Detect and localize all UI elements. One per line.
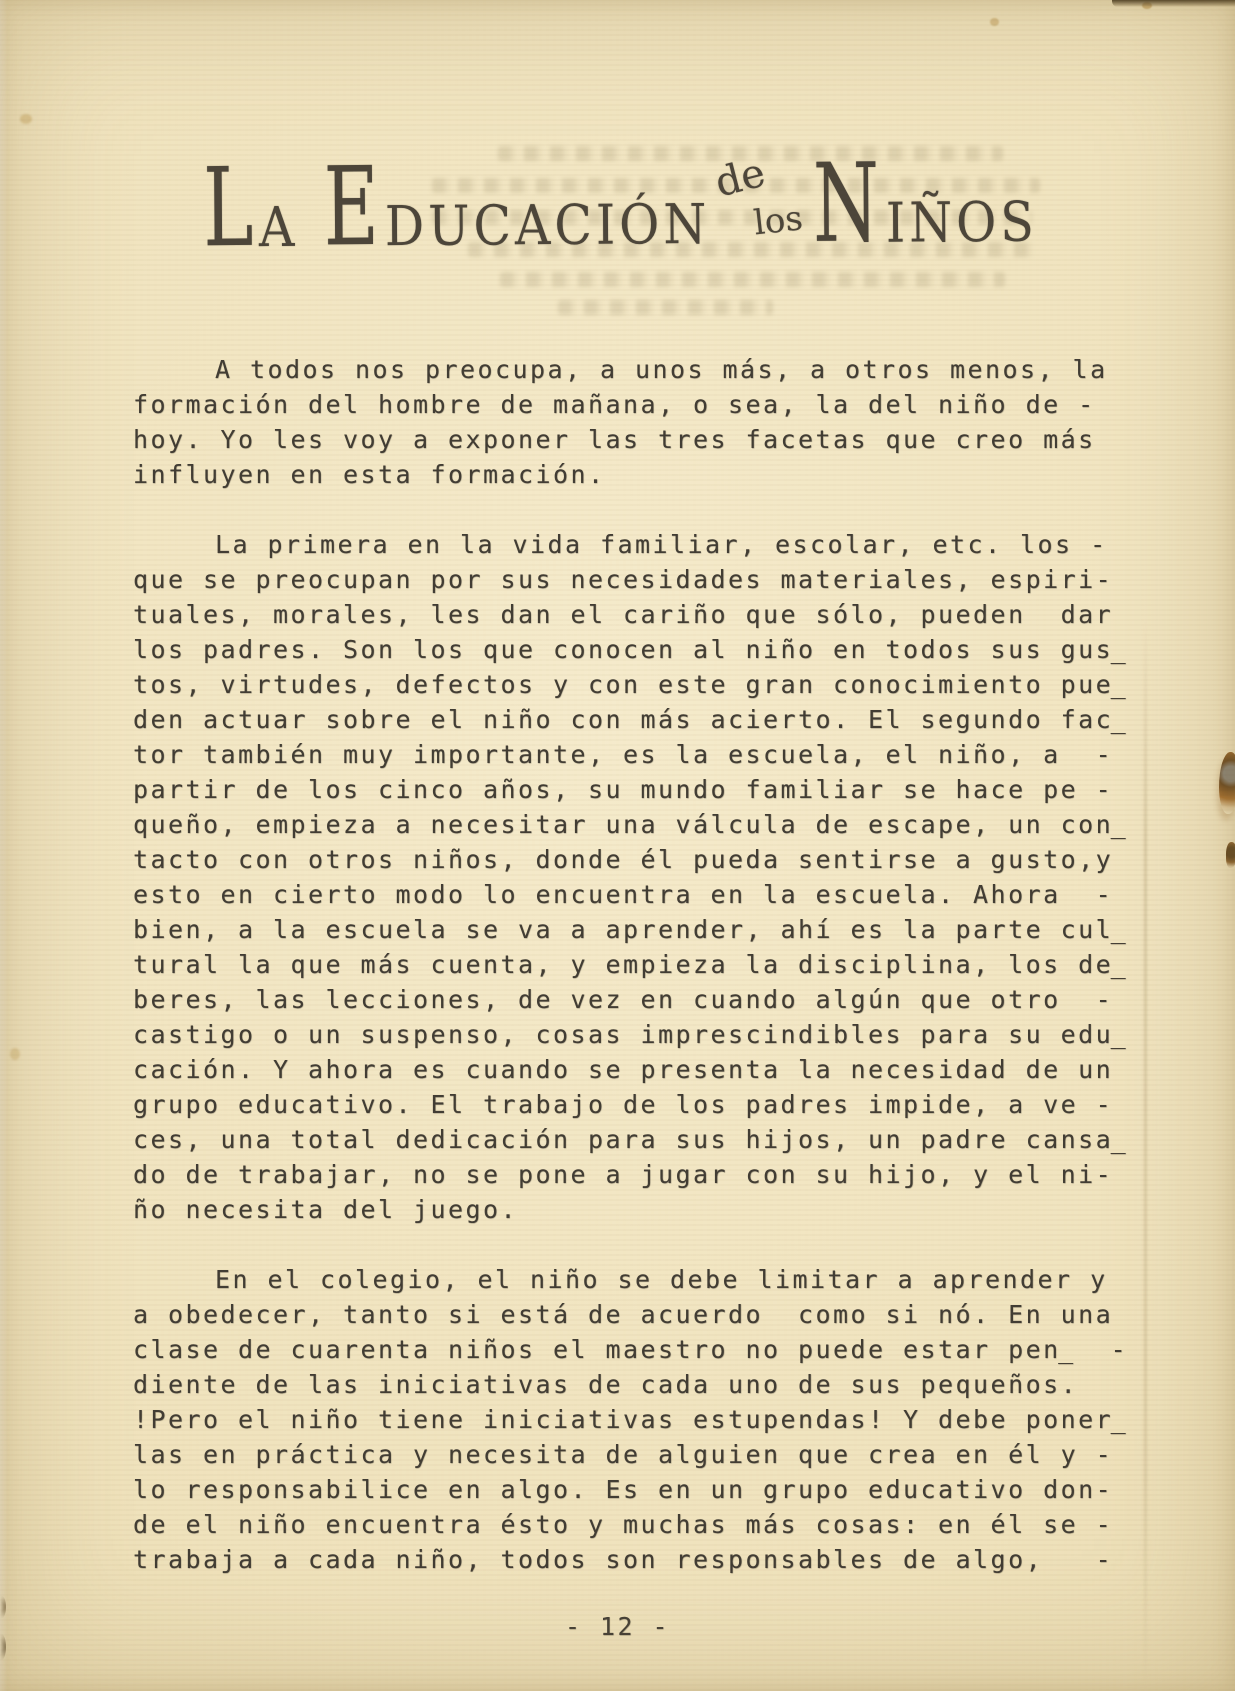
text-line: tor también muy importante, es la escuel…	[133, 737, 1163, 772]
text-line: tos, virtudes, defectos y con este gran …	[133, 667, 1163, 702]
text-line: tural la que más cuenta, y empieza la di…	[133, 947, 1163, 982]
text-line: ces, una total dedicación para sus hijos…	[133, 1122, 1163, 1157]
title-word-la-rest: A	[259, 195, 299, 259]
text-line: beres, las lecciones, de vez en cuando a…	[133, 982, 1163, 1017]
title-connector: de los	[710, 197, 806, 288]
paper-spot	[10, 1048, 20, 1060]
scan-edge-shadow	[1112, 0, 1235, 7]
text-line: esto en cierto modo lo encuentra en la e…	[133, 877, 1163, 912]
text-line: tacto con otros niños, donde él pueda se…	[133, 842, 1163, 877]
text-line: formación del hombre de mañana, o sea, l…	[133, 387, 1163, 422]
paragraph-1: A todos nos preocupa, a unos más, a otro…	[133, 352, 1163, 492]
text-line: queño, empieza a necesitar una válcula d…	[133, 807, 1163, 842]
scanned-document-page: LA EDUCACIÓN de los NIÑOS A todos nos pr…	[0, 0, 1235, 1691]
text-line: clase de cuarenta niños el maestro no pu…	[133, 1332, 1163, 1367]
text-line: En el colegio, el niño se debe limitar a…	[133, 1262, 1163, 1297]
text-line: La primera en la vida familiar, escolar,…	[133, 527, 1163, 562]
title-word-los: los	[752, 198, 805, 243]
text-line: influyen en esta formación.	[133, 457, 1163, 492]
page-number: - 12 -	[0, 1612, 1235, 1641]
paragraph-2: La primera en la vida familiar, escolar,…	[133, 527, 1163, 1227]
text-line: lo responsabilice en algo. Es en un grup…	[133, 1472, 1163, 1507]
text-line: den actuar sobre el niño con más acierto…	[133, 702, 1163, 737]
paper-spot	[990, 18, 999, 26]
stain-right-edge	[1219, 752, 1235, 814]
text-line: de el niño encuentra ésto y muchas más c…	[133, 1507, 1163, 1542]
text-line: los padres. Son los que conocen al niño …	[133, 632, 1163, 667]
title-initial-N: N	[812, 150, 879, 259]
text-line: cación. Y ahora es cuando se presenta la…	[133, 1052, 1163, 1087]
page-title: LA EDUCACIÓN de los NIÑOS	[197, 165, 1038, 321]
text-line: !Pero el niño tiene iniciativas estupend…	[133, 1402, 1163, 1437]
paper-spot	[20, 114, 32, 124]
text-line: diente de las iniciativas de cada uno de…	[133, 1367, 1163, 1402]
paper-left-edge	[0, 0, 7, 1691]
paragraph-3: En el colegio, el niño se debe limitar a…	[133, 1262, 1163, 1577]
text-line: castigo o un suspenso, cosas imprescindi…	[133, 1017, 1163, 1052]
body-text: A todos nos preocupa, a unos más, a otro…	[133, 352, 1163, 1612]
text-line: do de trabajar, no se pone a jugar con s…	[133, 1157, 1163, 1192]
text-line: las en práctica y necesita de alguien qu…	[133, 1437, 1163, 1472]
stain-right-edge-small	[1226, 842, 1235, 868]
text-line: tuales, morales, les dan el cariño que s…	[133, 597, 1163, 632]
text-line: A todos nos preocupa, a unos más, a otro…	[133, 352, 1163, 387]
title-word-educacion-rest: DUCACIÓN	[385, 193, 711, 259]
text-line: bien, a la escuela se va a aprender, ahí…	[133, 912, 1163, 947]
text-line: que se preocupan por sus necesidades mat…	[133, 562, 1163, 597]
title-initial-L: L	[203, 154, 254, 263]
title-initial-E: E	[323, 153, 379, 262]
text-line: grupo educativo. El trabajo de los padre…	[133, 1087, 1163, 1122]
text-line: a obedecer, tanto si está de acuerdo com…	[133, 1297, 1163, 1332]
text-line: partir de los cinco años, su mundo famil…	[133, 772, 1163, 807]
text-line: trabaja a cada niño, todos son responsab…	[133, 1542, 1163, 1577]
text-line: ño necesita del juego.	[133, 1192, 1163, 1227]
text-line: hoy. Yo les voy a exponer las tres facet…	[133, 422, 1163, 457]
title-word-ninos-rest: IÑOS	[886, 190, 1038, 255]
